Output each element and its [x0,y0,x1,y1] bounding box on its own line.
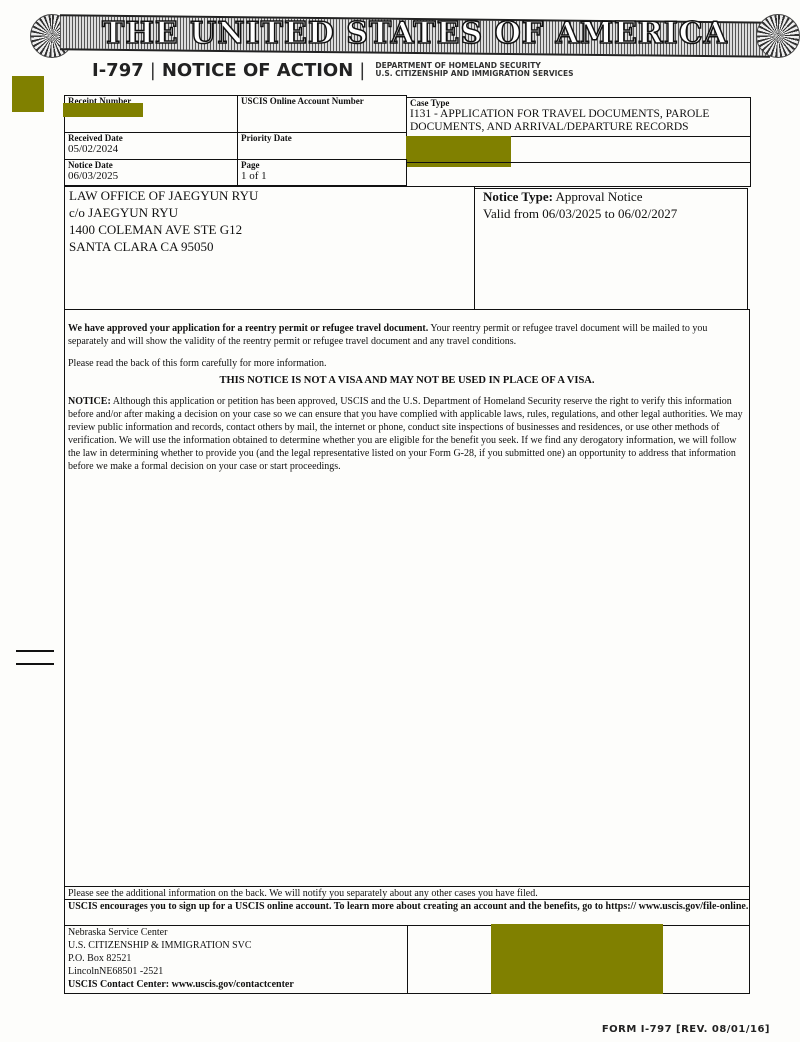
case-type-cell: Case Type I131 - APPLICATION FOR TRAVEL … [406,97,751,137]
service-center-line-1: Nebraska Service Center [68,926,407,939]
notice-type-value: Approval Notice [555,189,642,204]
form-revision: FORM I-797 [REV. 08/01/16] [602,1024,770,1035]
banner-title: THE UNITED STATES OF AMERICA [60,16,770,52]
approval-statement: We have approved your application for a … [68,323,428,334]
service-center-line-2: U.S. CITIZENSHIP & IMMIGRATION SVC [68,939,407,952]
form-title: NOTICE OF ACTION [162,60,353,81]
department-name: DEPARTMENT OF HOMELAND SECURITY U.S. CIT… [375,62,573,78]
margin-mark [16,650,54,652]
service-center-line-4: LincolnNE68501 -2521 [68,965,407,978]
notice-label: NOTICE: [68,396,111,407]
read-back-instruction: Please read the back of this form carefu… [68,357,327,370]
page-value: 1 of 1 [238,170,406,183]
priority-date-cell: Priority Date [237,132,407,160]
recipient-line-2: c/o JAEGYUN RYU [69,204,258,221]
department-line-2: U.S. CITIZENSHIP AND IMMIGRATION SERVICE… [375,69,573,78]
notice-text: Although this application or petition ha… [68,396,743,472]
case-type-value: I131 - APPLICATION FOR TRAVEL DOCUMENTS,… [407,108,710,134]
recipient-line-4: SANTA CLARA CA 95050 [69,238,258,255]
rosette-ornament-right [756,14,800,58]
online-account-notice: USCIS encourages you to sign up for a US… [68,901,748,912]
redaction-mark-corner [12,76,44,112]
contact-center: USCIS Contact Center: www.uscis.gov/cont… [68,978,407,991]
online-account-notice-row: USCIS encourages you to sign up for a US… [64,899,750,926]
margin-mark [16,663,54,665]
case-type-label: Case Type [407,98,750,108]
notice-date-value: 06/03/2025 [65,170,237,183]
not-a-visa-warning: THIS NOTICE IS NOT A VISA AND MAY NOT BE… [65,375,749,386]
notice-type-label: Notice Type: [483,189,553,204]
form-id: I-797 [92,60,144,81]
blank-cell-right-2 [406,162,751,187]
received-date-cell: Received Date 05/02/2024 [64,132,238,160]
additional-info-row: Please see the additional information on… [64,886,750,900]
online-account-label: USCIS Online Account Number [238,96,406,106]
separator: | [150,60,156,81]
separator: | [359,60,365,81]
validity-period: Valid from 06/03/2025 to 06/02/2027 [483,205,677,222]
service-center-line-3: P.O. Box 82521 [68,952,407,965]
form-heading: I-797 | NOTICE OF ACTION | DEPARTMENT OF… [92,58,573,82]
received-date-label: Received Date [65,133,237,143]
recipient-line-1: LAW OFFICE OF JAEGYUN RYU [69,187,258,204]
recipient-line-3: 1400 COLEMAN AVE STE G12 [69,221,258,238]
receipt-number-redacted [63,103,143,117]
priority-date-label: Priority Date [238,133,406,143]
notice-date-label: Notice Date [65,160,237,170]
approval-paragraph: We have approved your application for a … [68,322,746,348]
notice-date-cell: Notice Date 06/03/2025 [64,159,238,186]
redacted-barcode [491,924,663,994]
notice-type: Notice Type: Approval Notice Valid from … [483,188,677,222]
recipient-address: LAW OFFICE OF JAEGYUN RYU c/o JAEGYUN RY… [69,187,258,255]
page-cell: Page 1 of 1 [237,159,407,186]
notice-paragraph: NOTICE: Although this application or pet… [68,395,746,473]
service-center-block: Nebraska Service Center U.S. CITIZENSHIP… [64,925,408,994]
page-label: Page [238,160,406,170]
banner: THE UNITED STATES OF AMERICA [30,8,800,58]
online-account-cell: USCIS Online Account Number [237,95,407,133]
received-date-value: 05/02/2024 [65,143,237,156]
